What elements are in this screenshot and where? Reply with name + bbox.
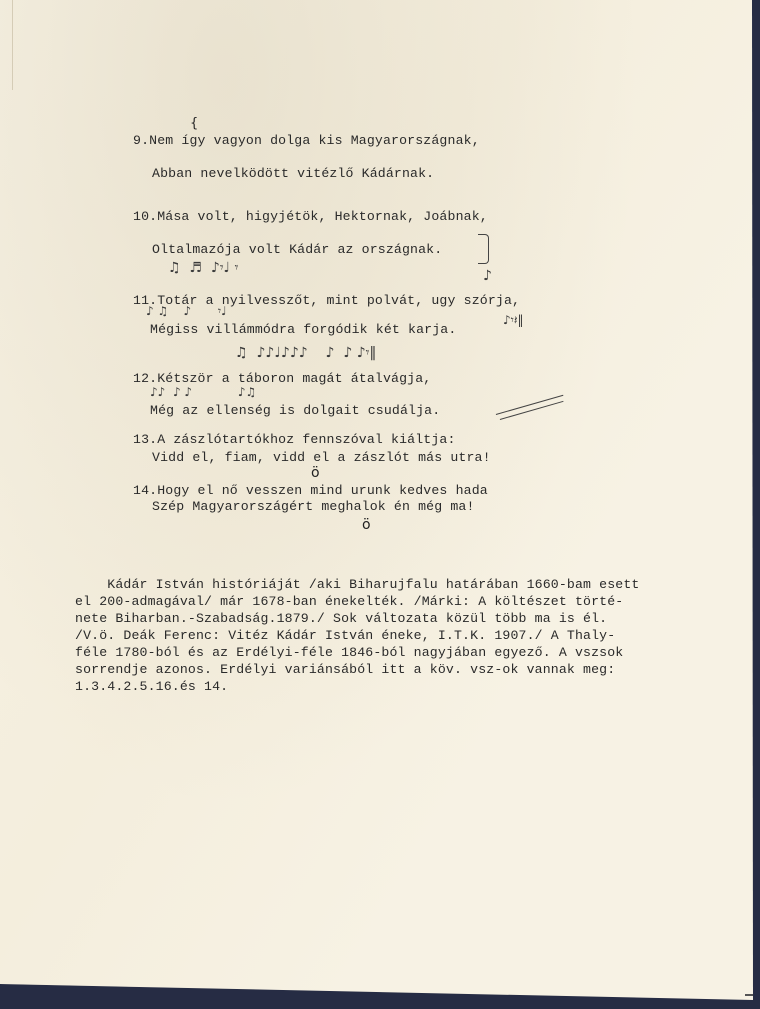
stanza-number: 14. (133, 483, 157, 498)
page-fold-line (12, 0, 13, 90)
corner-mark (745, 994, 753, 996)
stanza-14-line-1: 14.Hogy el nő vesszen mind urunk kedves … (133, 483, 488, 498)
stanza-number: 10. (133, 209, 157, 224)
verse-text: A zászlótartókhoz fennszóval kiáltja: (157, 432, 455, 447)
note-line-4: /V.ö. Deák Ferenc: Vitéz Kádár István én… (75, 628, 615, 643)
note-line-5: féle 1780-ból és az Erdélyi-féle 1846-bó… (75, 645, 623, 660)
handwritten-accent-mark: { (190, 116, 198, 131)
stanza-9-line-1: 9.Nem így vagyon dolga kis Magyarországn… (133, 133, 480, 148)
musical-notation: ♪𝄾𝄽‖ (503, 313, 524, 328)
document-page: 9.Nem így vagyon dolga kis Magyarországn… (0, 0, 753, 1009)
musical-notation: ♪ (483, 268, 492, 284)
verse-text: Kétször a táboron magát átalvágja, (157, 371, 431, 386)
stanza-9-line-2: Abban nevelködött vitézlő Kádárnak. (152, 166, 434, 181)
verse-text: Hogy el nő vesszen mind urunk kedves had… (157, 483, 488, 498)
musical-notation: ♫ ♬ ♪𝄾♩ 𝄾 (168, 260, 238, 276)
stanza-number: 13. (133, 432, 157, 447)
note-line-1: Kádár István históriáját /aki Biharujfal… (75, 577, 639, 592)
stanza-13-line-2: Vidd el, fiam, vidd el a zászlót más utr… (152, 450, 491, 465)
note-line-7: 1.3.4.2.5.16.és 14. (75, 679, 228, 694)
stanza-number: 12. (133, 371, 157, 386)
musical-notation: ♪♪ ♪ ♪ ♪♫ (150, 385, 256, 399)
stanza-11-line-2: Mégiss villámmódra forgódik két karja. (150, 322, 456, 337)
stanza-number: 9. (133, 133, 149, 148)
stanza-13-line-1: 13.A zászlótartókhoz fennszóval kiáltja: (133, 432, 456, 447)
handwritten-correction: ö (311, 465, 320, 481)
stanza-12-line-1: 12.Kétször a táboron magát átalvágja, (133, 371, 431, 386)
verse-text: Nem így vagyon dolga kis Magyarországnak… (149, 133, 480, 148)
stanza-12-line-2: Még az ellenség is dolgait csudálja. (150, 403, 440, 418)
stanza-10-line-2: Oltalmazója volt Kádár az országnak. (152, 242, 442, 257)
musical-notation: ♪ ♫ ♪ 𝄾♩ (146, 304, 227, 319)
stanza-14-line-2: Szép Magyarországért meghalok én még ma! (152, 499, 475, 514)
verse-text: Mása volt, higyjétök, Hektornak, Joábnak… (157, 209, 488, 224)
note-line-3: nete Biharban.-Szabadság.1879./ Sok vált… (75, 611, 607, 626)
musical-notation: ♫ ♪♪♩♪♪♪ ♪ ♪ ♪𝄾‖ (235, 345, 376, 361)
handwritten-bracket (478, 234, 489, 264)
note-line-2: el 200-admagával/ már 1678-ban énekelték… (75, 594, 623, 609)
handwritten-correction: ö (362, 517, 371, 533)
note-line-6: sorrendje azonos. Erdélyi variánsából it… (75, 662, 615, 677)
stanza-10-line-1: 10.Mása volt, higyjétök, Hektornak, Joáb… (133, 209, 488, 224)
